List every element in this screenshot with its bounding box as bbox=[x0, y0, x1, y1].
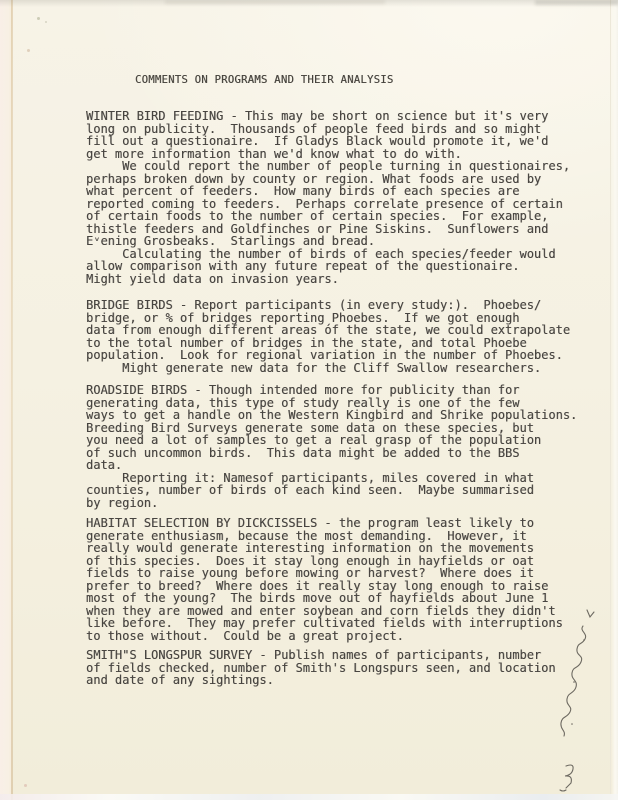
dust-speck bbox=[24, 784, 27, 787]
document-title: COMMENTS ON PROGRAMS AND THEIR ANALYSIS bbox=[135, 74, 394, 86]
dust-speck bbox=[27, 49, 30, 52]
scan-top-right-shadow bbox=[535, 0, 618, 5]
section-bridge-birds: BRIDGE BIRDS - Report participants (in e… bbox=[86, 299, 570, 374]
scan-smudge bbox=[165, 0, 385, 4]
section-habitat-selection-by-dickcissels: HABITAT SELECTION BY DICKCISSELS - the p… bbox=[86, 517, 563, 642]
section-smiths-longspur-survey: SMITH"S LONGSPUR SURVEY - Publish names … bbox=[86, 649, 556, 687]
page-right-edge bbox=[610, 0, 618, 800]
handwritten-note bbox=[550, 604, 600, 798]
page-fold-line bbox=[11, 0, 13, 800]
scan-bottom-edge bbox=[0, 794, 618, 800]
document-page: COMMENTS ON PROGRAMS AND THEIR ANALYSIS … bbox=[0, 0, 618, 800]
section-roadside-birds: ROADSIDE BIRDS - Though intended more fo… bbox=[86, 384, 577, 509]
section-winter-bird-feeding: WINTER BIRD FEEDING - This may be short … bbox=[86, 110, 570, 285]
dust-speck bbox=[45, 21, 47, 23]
dust-speck bbox=[37, 17, 40, 20]
